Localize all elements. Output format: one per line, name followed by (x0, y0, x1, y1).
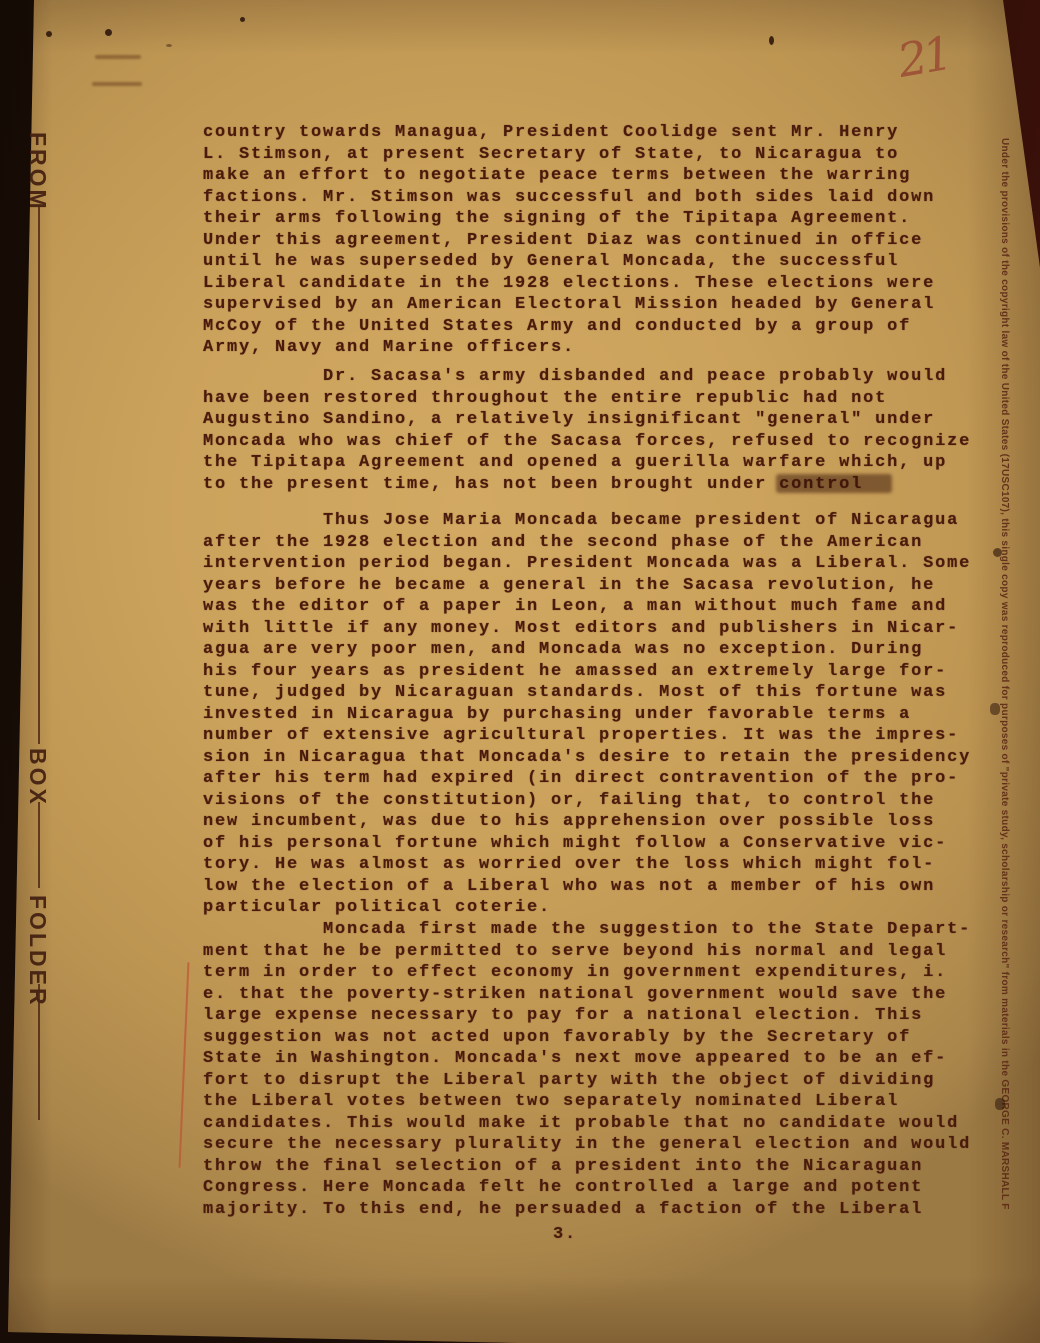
ink-speck-3 (240, 17, 245, 22)
paragraph-4: Moncada first made the suggestion to the… (203, 919, 971, 1220)
stamp-from-line (38, 206, 40, 744)
faint-mark-2 (92, 82, 142, 86)
ink-speck-4 (769, 36, 774, 45)
ink-speck-8 (995, 1098, 1005, 1110)
faint-mark-1 (95, 55, 141, 59)
ink-speck-6 (993, 548, 1002, 557)
stamp-folder-line (38, 984, 40, 1120)
stamp-from-label: FROM (24, 132, 51, 212)
ink-speck-1 (46, 31, 52, 37)
stamp-box-line (38, 802, 40, 888)
copyright-notice: Under the provisions of the copyright la… (999, 138, 1010, 1343)
ink-smudge-control (776, 474, 892, 493)
ink-speck-5 (166, 44, 172, 47)
paragraph-3: Thus Jose Maria Moncada became president… (203, 510, 971, 919)
ink-speck-7 (990, 703, 1000, 715)
handwritten-page-number: 21 (894, 26, 953, 88)
ink-speck-2 (105, 29, 112, 36)
paragraph-1: country towards Managua, President Cooli… (203, 122, 935, 359)
scanned-document: FROM BOX FOLDER Under the provisions of … (0, 0, 1040, 1343)
page-number: 3. (553, 1224, 577, 1246)
stamp-box-label: BOX (24, 748, 51, 807)
